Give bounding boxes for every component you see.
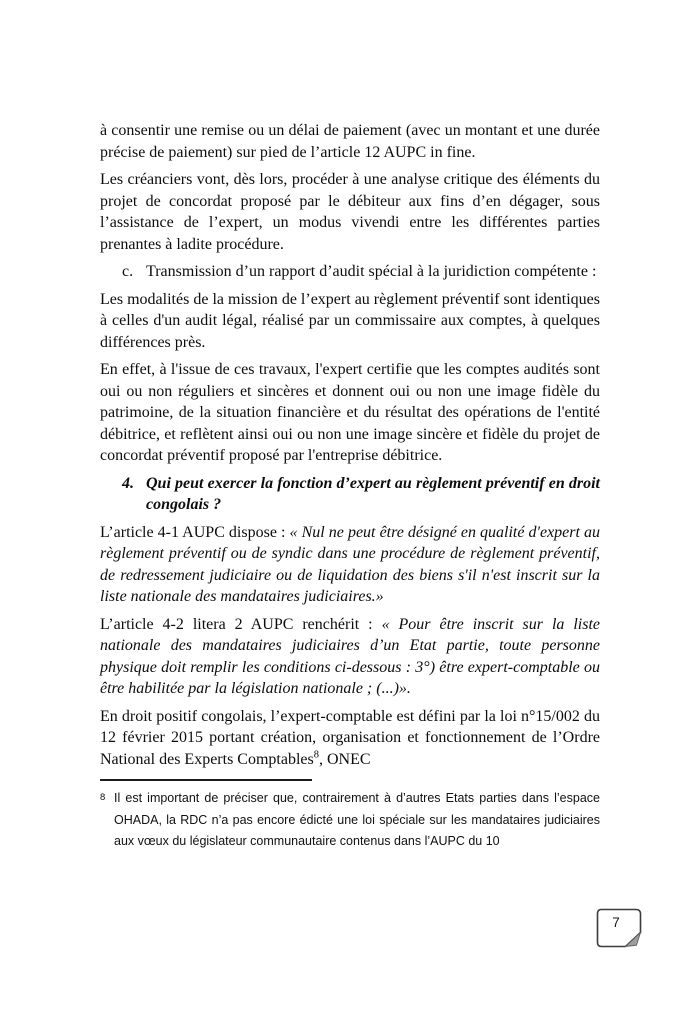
- paragraph-article-4-1: L’article 4-1 AUPC dispose : « Nul ne pe…: [100, 522, 600, 608]
- heading-4-qui-peut-exercer: 4. Qui peut exercer la fonction d’expert…: [100, 473, 600, 516]
- paragraph-article-4-2: L’article 4-2 litera 2 AUPC renchérit : …: [100, 614, 600, 700]
- heading-c-text: Transmission d’un rapport d’audit spécia…: [146, 263, 596, 280]
- paragraph-droit-positif: En droit positif congolais, l’expert-com…: [100, 706, 600, 771]
- footnote-text: Il est important de préciser que, contra…: [114, 791, 600, 848]
- droit-positif-text-end: , ONEC: [319, 751, 371, 768]
- article-4-2-lead: L’article 4-2 litera 2 AUPC renchérit :: [100, 616, 382, 633]
- paragraph-en-effet: En effet, à l'issue de ces travaux, l'ex…: [100, 359, 600, 467]
- page-number: 7: [596, 915, 636, 930]
- footnote-8: 8 Il est important de préciser que, cont…: [100, 788, 600, 853]
- footnote-separator: [100, 779, 312, 781]
- page-body: à consentir une remise ou un délai de pa…: [100, 120, 600, 853]
- heading-c-marker: c.: [122, 261, 133, 283]
- article-4-1-lead: L’article 4-1 AUPC dispose :: [100, 524, 290, 541]
- heading-c-transmission: c. Transmission d’un rapport d’audit spé…: [100, 261, 600, 283]
- paragraph-modalites: Les modalités de la mission de l’expert …: [100, 289, 600, 354]
- paragraph-creanciers: Les créanciers vont, dès lors, procéder …: [100, 169, 600, 255]
- heading-4-marker: 4.: [122, 473, 134, 495]
- heading-4-text: Qui peut exercer la fonction d’expert au…: [146, 475, 600, 514]
- document-page: à consentir une remise ou un délai de pa…: [0, 0, 700, 1028]
- page-number-badge: 7: [596, 908, 642, 948]
- footnote-marker: 8: [100, 787, 105, 809]
- paragraph-remise-delai: à consentir une remise ou un délai de pa…: [100, 120, 600, 163]
